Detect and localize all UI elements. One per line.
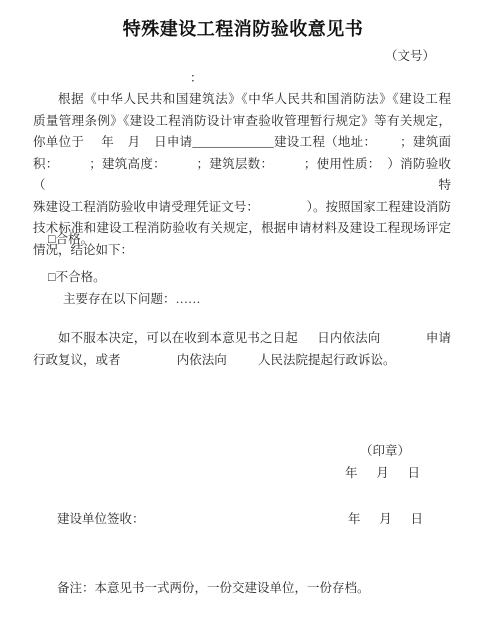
conclusion-unqualified-row: □不合格。: [48, 267, 106, 289]
paragraph-line: 你单位于 年 月 日申请_____________建设工程（地址： ；建筑面: [33, 132, 451, 154]
qualified-checkbox[interactable]: □: [48, 232, 56, 246]
paragraph-line: 质量管理条例》《建设工程消防设计审查验收管理暂行规定》等有关规定，: [33, 111, 451, 133]
paragraph-line: 积： ；建筑高度： ；建筑层数： ；使用性质： ）消防验收（特: [33, 154, 451, 197]
unqualified-label: 不合格。: [56, 270, 106, 284]
paragraph-line: 技术标准和建设工程消防验收有关规定，根据申请材料及建设工程现场评定: [33, 218, 451, 240]
sign-off-label: 建设单位签收：: [57, 509, 145, 531]
paragraph-line: 殊建设工程消防验收申请受理凭证文号： ）。按照国家工程建设消防: [33, 197, 451, 219]
issue-date-line: 年 月 日: [345, 463, 420, 485]
paragraph-line: 情况，结论如下：: [33, 240, 451, 262]
sign-off-date-line: 年 月 日: [348, 509, 423, 531]
unqualified-checkbox[interactable]: □: [48, 270, 56, 284]
issues-line: 主要存在以下问题：……: [63, 289, 201, 311]
document-page: 特殊建设工程消防验收意见书 （文号） ： 根据《中华人民共和国建筑法》《中华人民…: [0, 0, 486, 634]
conclusion-qualified-row: □合格。: [48, 229, 93, 251]
appeal-paragraph: 如不服本决定，可以在收到本意见书之日起 日内依法向 申请 行政复议，或者 内依法…: [33, 328, 451, 371]
basis-paragraph: 根据《中华人民共和国建筑法》《中华人民共和国消防法》《建设工程 质量管理条例》《…: [33, 89, 451, 261]
note-line: 备注：本意见书一式两份，一份交建设单位，一份存档。: [57, 578, 370, 600]
paragraph-line: 行政复议，或者 内依法向 人民法院提起行政诉讼。: [33, 350, 451, 372]
qualified-label: 合格。: [56, 232, 94, 246]
paragraph-line: 如不服本决定，可以在收到本意见书之日起 日内依法向 申请: [33, 328, 451, 350]
addressee-colon: ：: [190, 68, 203, 90]
seal-placeholder: （印章）: [360, 441, 410, 463]
doc-number-placeholder: （文号）: [385, 46, 435, 68]
document-title: 特殊建设工程消防验收意见书: [0, 16, 486, 42]
paragraph-line: 根据《中华人民共和国建筑法》《中华人民共和国消防法》《建设工程: [33, 89, 451, 111]
